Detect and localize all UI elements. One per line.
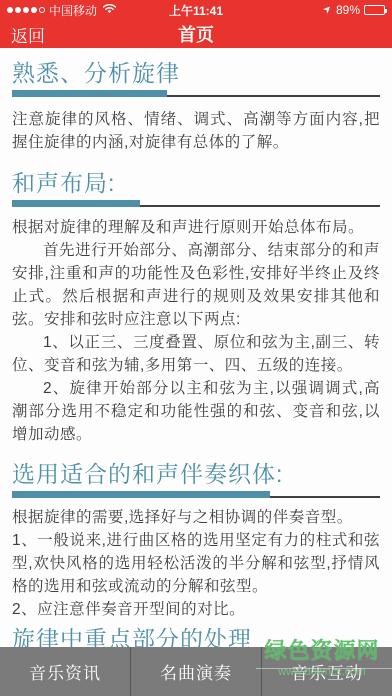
- tab-music-news[interactable]: 音乐资讯: [0, 647, 130, 696]
- section-analyze-melody: 熟悉、分析旋律 注意旋律的风格、情绪、调式、高潮等方面内容,把握住旋律的内涵,对…: [12, 61, 380, 154]
- section-accompaniment-texture: 选用适合的和声伴奏织体: 根据旋律的需要,选择好与之相协调的伴奏音型。 1、一般…: [12, 462, 380, 621]
- paragraph: 根据旋律的需要,选择好与之相协调的伴奏音型。: [12, 506, 380, 529]
- heading-underline: [12, 491, 380, 498]
- status-bar: 中国移动 上午11:41 ➤ 89%: [0, 0, 392, 20]
- status-right: ➤ 89%: [324, 3, 385, 17]
- heading-underline: [12, 90, 380, 97]
- heading-underline: [12, 200, 380, 207]
- page-title: 首页: [0, 21, 392, 47]
- bottom-tab-bar: 音乐资讯 名曲演奏 音乐互动: [0, 647, 392, 696]
- back-button[interactable]: 返回: [11, 22, 45, 47]
- paragraph: 注意旋律的风格、情绪、调式、高潮等方面内容,把握住旋律的内涵,对旋律有总体的了解…: [12, 108, 380, 154]
- article-content[interactable]: 熟悉、分析旋律 注意旋律的风格、情绪、调式、高潮等方面内容,把握住旋律的内涵,对…: [0, 61, 392, 652]
- section-heading: 和声布局:: [12, 171, 380, 196]
- battery-percent-label: 89%: [336, 3, 360, 17]
- paragraph: 1、以正三、三度叠置、原位和弦为主,副三、转位、变音和弦为辅,多用第一、四、五级…: [12, 331, 380, 377]
- paragraph: 2、旋律开始部分以主和弦为主,以强调调式,高潮部分选用不稳定和功能性强的和弦、变…: [12, 377, 380, 446]
- section-harmony-layout: 和声布局: 根据对旋律的理解及和声进行原则开始总体布局。 首先进行开始部分、高潮…: [12, 171, 380, 446]
- nav-bar: 返回 首页: [0, 20, 392, 48]
- paragraph: 首先进行开始部分、高潮部分、结束部分的和声安排,注重和声的功能性及色彩性,安排好…: [12, 239, 380, 331]
- wifi-icon: [102, 3, 117, 17]
- battery-icon: [364, 5, 385, 15]
- section-heading: 熟悉、分析旋律: [12, 61, 380, 86]
- paragraph: 2、应注意伴奏音开型间的对比。: [12, 598, 380, 621]
- section-heading: 选用适合的和声伴奏织体:: [12, 462, 380, 487]
- tab-famous-performances[interactable]: 名曲演奏: [130, 647, 261, 696]
- watermark-line: [256, 668, 392, 669]
- tab-music-interaction[interactable]: 音乐互动: [261, 647, 392, 696]
- app-window: 中国移动 上午11:41 ➤ 89% 返回 首页 熟悉、分析旋律: [0, 0, 392, 696]
- paragraph: 根据对旋律的理解及和声进行原则开始总体布局。: [12, 216, 380, 239]
- carrier-label: 中国移动: [49, 2, 97, 19]
- location-services-icon: ➤: [321, 3, 334, 16]
- signal-strength-icon: [7, 7, 45, 13]
- paragraph: 1、一般说来,进行曲区格的选用坚定有力的柱式和弦型,欢快风格的选用轻松活泼的半分…: [12, 529, 380, 598]
- status-left: 中国移动: [7, 2, 117, 19]
